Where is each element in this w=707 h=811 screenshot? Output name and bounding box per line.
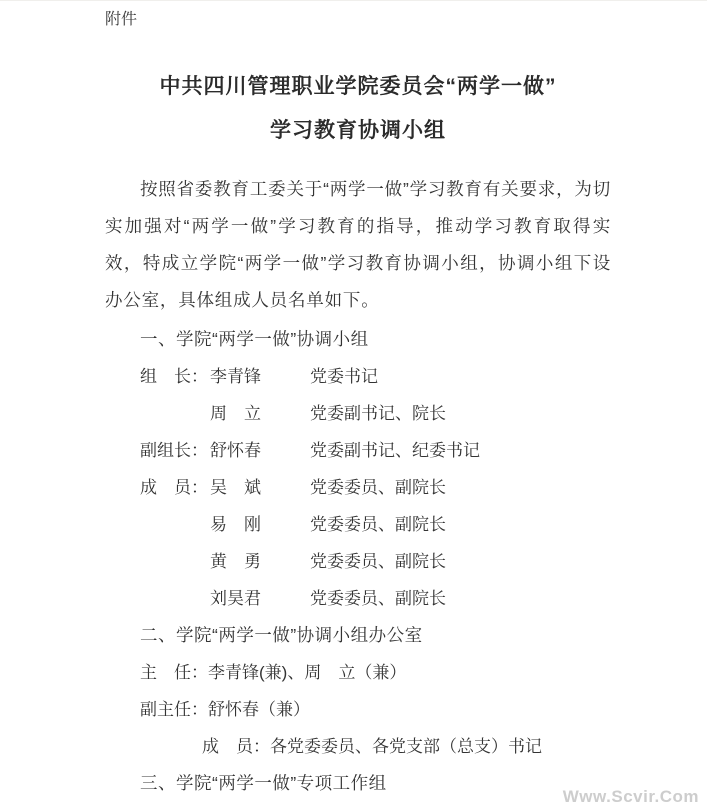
member-name: 吴 斌 xyxy=(210,469,310,506)
office-director-line: 主 任：李青锋(兼)、周 立（兼） xyxy=(140,654,611,691)
roster-row: 黄 勇 党委委员、副院长 xyxy=(140,543,611,580)
document-title: 中共四川管理职业学院委员会“两学一做” 学习教育协调小组 xyxy=(105,65,611,153)
office-members-line: 成 员：各党委委员、各党支部（总支）书记 xyxy=(202,728,611,765)
role-label xyxy=(140,395,210,432)
roster-row: 刘昊君 党委委员、副院长 xyxy=(140,580,611,617)
role-label xyxy=(140,543,210,580)
roster-row: 易 刚 党委委员、副院长 xyxy=(140,506,611,543)
member-name: 周 立 xyxy=(210,395,310,432)
roster-row: 成 员： 吴 斌 党委委员、副院长 xyxy=(140,469,611,506)
role-label xyxy=(140,506,210,543)
member-title: 党委委员、副院长 xyxy=(310,543,446,580)
role-label: 成 员： xyxy=(140,469,210,506)
attachment-label: 附件 xyxy=(105,9,611,31)
member-name: 舒怀春 xyxy=(210,432,310,469)
section-3-heading: 三、学院“两学一做”专项工作组 xyxy=(140,765,611,802)
member-title: 党委委员、副院长 xyxy=(310,469,446,506)
member-title: 党委副书记、纪委书记 xyxy=(310,432,480,469)
office-deputy-director-line: 副主任：舒怀春（兼） xyxy=(140,691,611,728)
role-label: 组 长： xyxy=(140,358,210,395)
member-title: 党委副书记、院长 xyxy=(310,395,446,432)
roster: 一、学院“两学一做”协调小组 组 长： 李青锋 党委书记 周 立 党委副书记、院… xyxy=(105,321,611,802)
roster-row: 组 长： 李青锋 党委书记 xyxy=(140,358,611,395)
member-name: 刘昊君 xyxy=(210,580,310,617)
member-title: 党委委员、副院长 xyxy=(310,506,446,543)
document-title-line1: 中共四川管理职业学院委员会“两学一做” xyxy=(105,65,611,109)
roster-row: 周 立 党委副书记、院长 xyxy=(140,395,611,432)
role-label xyxy=(140,580,210,617)
member-title: 党委委员、副院长 xyxy=(310,580,446,617)
section-2-heading: 二、学院“两学一做”协调小组办公室 xyxy=(140,617,611,654)
document-content: 附件 中共四川管理职业学院委员会“两学一做” 学习教育协调小组 按照省委教育工委… xyxy=(0,1,707,802)
member-name: 李青锋 xyxy=(210,358,310,395)
intro-paragraph: 按照省委教育工委关于“两学一做”学习教育有关要求，为切实加强对“两学一做”学习教… xyxy=(105,171,611,319)
document-title-line2: 学习教育协调小组 xyxy=(105,109,611,153)
document-page: 附件 中共四川管理职业学院委员会“两学一做” 学习教育协调小组 按照省委教育工委… xyxy=(0,0,707,811)
section-1-heading: 一、学院“两学一做”协调小组 xyxy=(140,321,611,358)
member-name: 易 刚 xyxy=(210,506,310,543)
roster-row: 副组长： 舒怀春 党委副书记、纪委书记 xyxy=(140,432,611,469)
role-label: 副组长： xyxy=(140,432,210,469)
member-title: 党委书记 xyxy=(310,358,378,395)
watermark: Www.Scvir.Com xyxy=(563,787,699,807)
member-name: 黄 勇 xyxy=(210,543,310,580)
